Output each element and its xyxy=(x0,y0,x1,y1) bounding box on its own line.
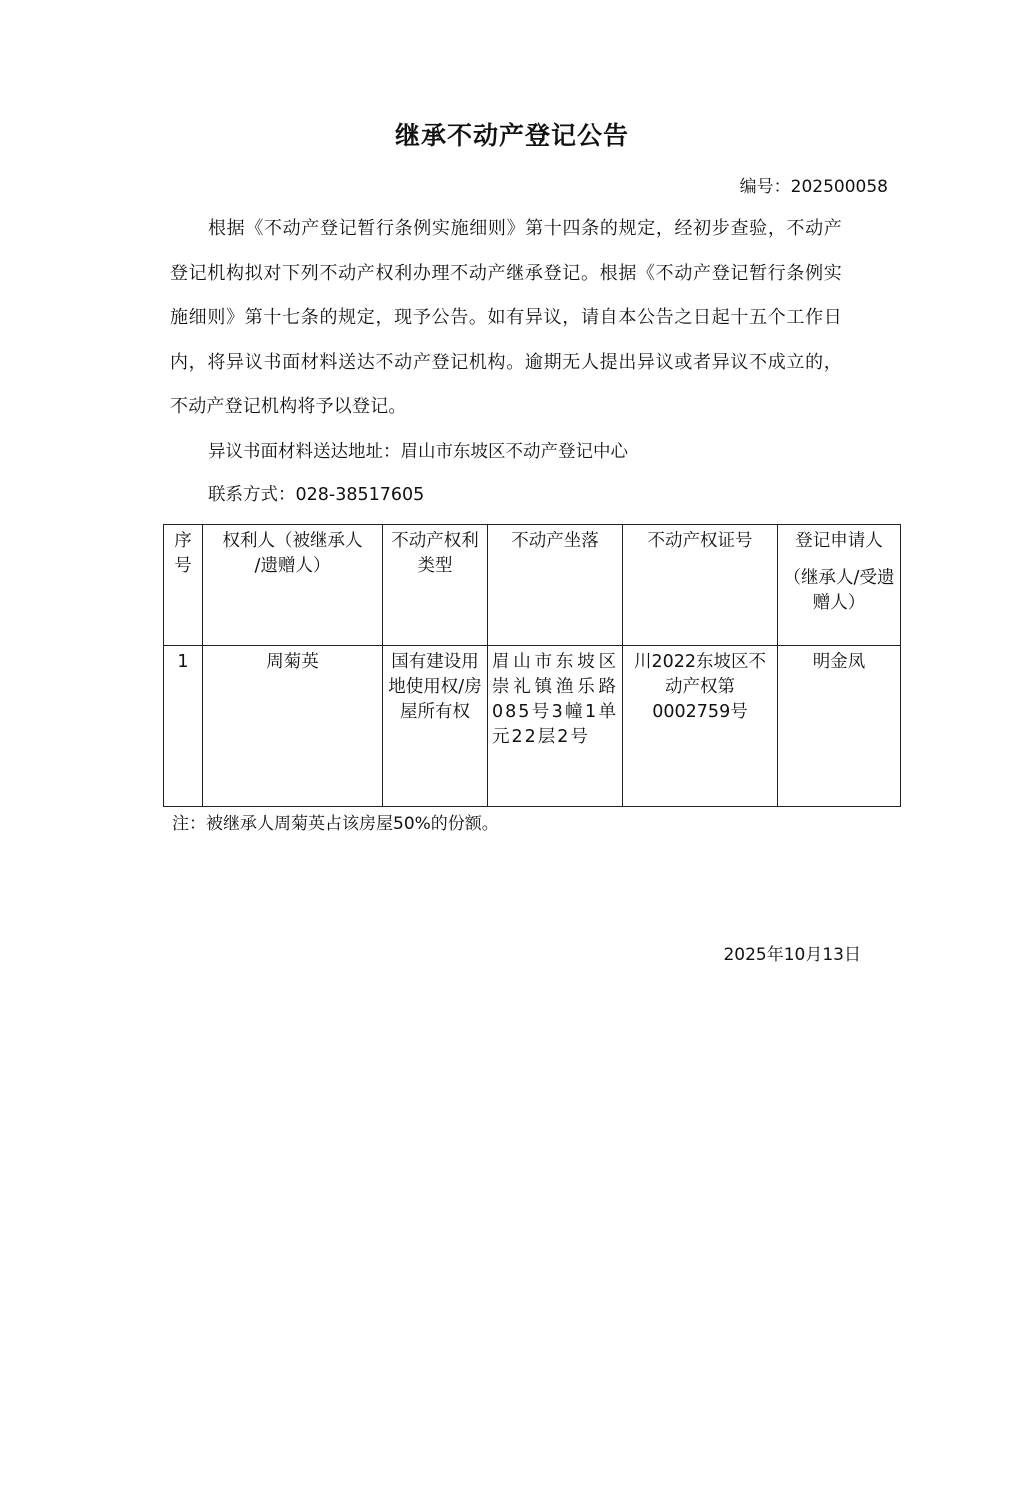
header-owner-line1: 权利人（被继承人 xyxy=(223,531,363,551)
contact-info: 联系方式：028-38517605 xyxy=(208,481,424,506)
cell-applicant: 明金凤 xyxy=(778,646,901,807)
header-location: 不动产坐落 xyxy=(488,525,623,646)
table-row: 1 周菊英 国有建设用地使用权/房屋所有权 眉山市东坡区崇礼镇渔乐路085号3幢… xyxy=(164,646,901,807)
document-number-value: 202500058 xyxy=(791,177,888,197)
table-header-row: 序号 权利人（被继承人/遗赠人） 不动产权利类型 不动产坐落 不动产权证号 登记… xyxy=(164,525,901,646)
registration-table: 序号 权利人（被继承人/遗赠人） 不动产权利类型 不动产坐落 不动产权证号 登记… xyxy=(163,524,901,807)
header-owner-line2: /遗赠人） xyxy=(255,556,331,576)
footnote: 注：被继承人周菊英占该房屋50%的份额。 xyxy=(172,809,499,834)
header-right-type: 不动产权利类型 xyxy=(383,525,488,646)
document-number-label: 编号： xyxy=(740,177,791,197)
header-applicant-line1: 登记申请人 xyxy=(795,531,883,551)
header-applicant-line2: （继承人/受遗赠人） xyxy=(784,568,895,613)
page-title: 继承不动产登记公告 xyxy=(0,116,1024,152)
objection-address: 异议书面材料送达地址：眉山市东坡区不动产登记中心 xyxy=(208,438,628,463)
cell-right-type: 国有建设用地使用权/房屋所有权 xyxy=(383,646,488,807)
notice-page: 继承不动产登记公告 编号：202500058 根据《不动产登记暂行条例实施细则》… xyxy=(0,0,1024,1505)
issue-date: 2025年10月13日 xyxy=(723,940,861,965)
header-applicant: 登记申请人（继承人/受遗赠人） xyxy=(778,525,901,646)
cell-owner: 周菊英 xyxy=(203,646,383,807)
body-paragraph: 根据《不动产登记暂行条例实施细则》第十四条的规定，经初步查验，不动产登记机构拟对… xyxy=(170,207,842,430)
header-owner: 权利人（被继承人/遗赠人） xyxy=(203,525,383,646)
cell-location: 眉山市东坡区崇礼镇渔乐路085号3幢1单元22层2号 xyxy=(488,646,623,807)
document-number: 编号：202500058 xyxy=(740,172,888,197)
header-cert-no: 不动产权证号 xyxy=(623,525,778,646)
cell-cert-no: 川2022东坡区不动产权第0002759号 xyxy=(623,646,778,807)
cell-seq: 1 xyxy=(164,646,203,807)
header-seq: 序号 xyxy=(164,525,203,646)
